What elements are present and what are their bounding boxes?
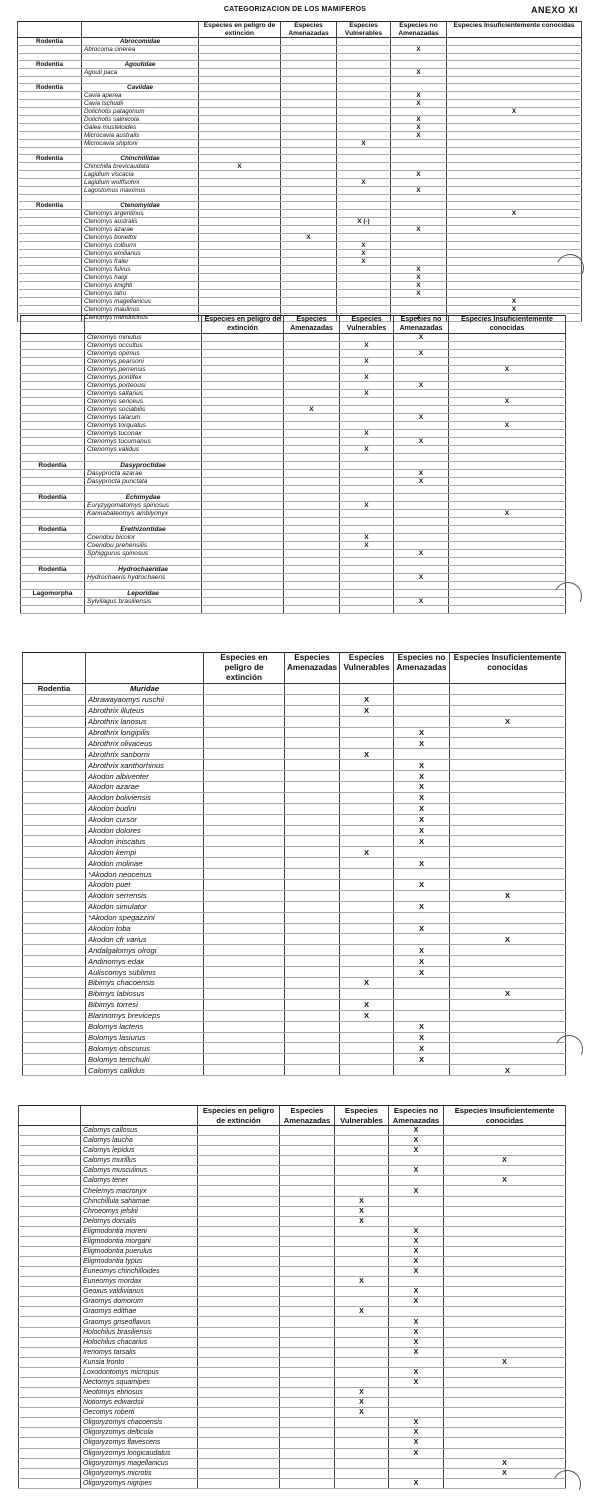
species-row: Kunsia frontoX (19, 1357, 566, 1367)
category-cell-vulnerables (337, 171, 391, 179)
category-cell-no-amenazadas (389, 1156, 444, 1166)
order-cell (23, 1054, 86, 1065)
category-cell-amenazadas (281, 266, 337, 274)
category-cell-amenazadas (281, 124, 337, 132)
species-row: Calomys lauchaX (19, 1136, 566, 1146)
species-row: Lagidium wolffsohniX (18, 179, 582, 187)
species-name: Chroeomys jelskii (81, 1206, 198, 1216)
species-name: Oligoryzomys microtis (81, 1468, 198, 1478)
species-row: Microcavia australisX (18, 132, 582, 140)
species-row: Akodon molinaeX (23, 858, 566, 869)
category-cell-insuficientes (444, 1226, 566, 1236)
category-cell-insuficientes: X (447, 108, 582, 116)
category-cell-peligro (198, 1478, 280, 1488)
order-cell (18, 306, 82, 314)
category-cell-amenazadas (280, 1367, 335, 1377)
category-cell-insuficientes (444, 1347, 566, 1357)
category-cell-vulnerables (337, 274, 391, 282)
category-cell-amenazadas (280, 1307, 335, 1317)
category-cell-no-amenazadas: X (394, 945, 450, 956)
species-row: Delomys dorsalisX (19, 1216, 566, 1226)
category-cell-peligro (202, 342, 284, 350)
category-cell-no-amenazadas (389, 1196, 444, 1206)
category-cell-peligro (202, 526, 284, 534)
species-row: Abrothrix illuteusX (23, 705, 566, 716)
spacer-row (21, 454, 566, 462)
category-cell-amenazadas (284, 398, 340, 406)
species-row: Calomys lepidusX (19, 1146, 566, 1156)
category-cell-insuficientes (444, 1337, 566, 1347)
category-cell-amenazadas (285, 1010, 340, 1021)
species-name: Ctenomys emilianus (82, 250, 199, 258)
category-cell-insuficientes (447, 54, 582, 61)
category-cell-amenazadas (284, 438, 340, 446)
category-cell-peligro (202, 598, 284, 606)
category-cell-no-amenazadas (391, 258, 447, 266)
category-cell-amenazadas (280, 1428, 335, 1438)
species-name: Abrothrix sanborni (86, 749, 204, 760)
category-cell-no-amenazadas (394, 526, 449, 534)
category-cell-peligro (199, 148, 281, 155)
spacer-row (21, 558, 566, 566)
category-cell-insuficientes (450, 803, 566, 814)
column-header (23, 653, 86, 684)
category-cell-peligro (198, 1206, 280, 1216)
species-row: Akodon simulatorX (23, 901, 566, 912)
species-row: Calomys tenerX (19, 1176, 566, 1186)
column-header (19, 1106, 81, 1126)
category-cell-no-amenazadas: X (394, 1032, 450, 1043)
category-cell-peligro (202, 374, 284, 382)
category-cell-peligro (198, 1418, 280, 1428)
category-cell-insuficientes (449, 566, 566, 574)
category-cell-vulnerables: X (335, 1398, 389, 1408)
order-cell (21, 374, 85, 382)
category-cell-vulnerables: X (340, 502, 394, 510)
spacer-row (21, 518, 566, 526)
category-table-2: Especies en peligro de extinciónEspecies… (20, 315, 566, 614)
category-cell-amenazadas (285, 760, 340, 771)
category-cell-insuficientes (447, 100, 582, 108)
category-cell-vulnerables: X (-) (337, 218, 391, 226)
species-name: Akodon albiventer (86, 771, 204, 782)
category-cell-amenazadas (280, 1337, 335, 1347)
category-cell-insuficientes (447, 226, 582, 234)
category-cell-amenazadas (280, 1418, 335, 1428)
category-cell-vulnerables (337, 298, 391, 306)
category-cell-insuficientes (449, 550, 566, 558)
species-name: Akodon simulator (86, 901, 204, 912)
order-cell (18, 171, 82, 179)
category-cell-insuficientes: X (447, 306, 582, 314)
species-name: Geoxus valdivianus (81, 1287, 198, 1297)
order-cell (19, 1186, 81, 1196)
category-cell-vulnerables (335, 1317, 389, 1327)
category-cell-no-amenazadas (391, 61, 447, 69)
category-cell-vulnerables (340, 890, 394, 901)
document-title: CATEGORIZACION DE LOS MAMIFEROS (0, 6, 590, 13)
species-row: Ctenomys opimusX (21, 350, 566, 358)
category-cell-insuficientes (447, 84, 582, 92)
category-cell-no-amenazadas (391, 242, 447, 250)
species-name: Calomys laucha (81, 1136, 198, 1146)
category-cell-peligro (204, 771, 285, 782)
category-cell-vulnerables: X (335, 1206, 389, 1216)
category-cell-amenazadas (280, 1216, 335, 1226)
category-cell-vulnerables (340, 858, 394, 869)
category-cell-vulnerables (337, 116, 391, 124)
category-cell-no-amenazadas: X (394, 574, 449, 582)
category-cell-amenazadas (284, 334, 340, 342)
category-cell-vulnerables (337, 108, 391, 116)
category-cell-amenazadas (281, 84, 337, 92)
category-cell-amenazadas (284, 414, 340, 422)
category-cell-peligro (204, 814, 285, 825)
species-name: Lagidium viscacia (82, 171, 199, 179)
category-cell-insuficientes (447, 148, 582, 155)
category-cell-insuficientes (447, 69, 582, 77)
species-name: Euneomys chinchilloides (81, 1267, 198, 1277)
species-row: Akodon cursorX (23, 814, 566, 825)
species-name: Lagidium wolffsohni (82, 179, 199, 187)
category-cell-amenazadas (285, 923, 340, 934)
category-cell-insuficientes (450, 771, 566, 782)
category-cell-vulnerables (335, 1448, 389, 1458)
category-cell-vulnerables (340, 366, 394, 374)
category-cell-no-amenazadas: X (389, 1226, 444, 1236)
order-cell (19, 1388, 81, 1398)
family-name: Dasyproctidae (85, 462, 202, 470)
category-cell-insuficientes (447, 38, 582, 46)
category-cell-insuficientes (449, 350, 566, 358)
order-cell (19, 1458, 81, 1468)
category-cell-vulnerables (337, 306, 391, 314)
category-cell-amenazadas (280, 1257, 335, 1267)
family-name: Abrocomidae (82, 38, 199, 46)
category-cell-insuficientes (444, 1277, 566, 1287)
category-cell-no-amenazadas (391, 155, 447, 163)
category-cell-amenazadas (280, 1176, 335, 1186)
category-table-4: Especies en peligro de extinciónEspecies… (18, 1105, 566, 1489)
category-cell-vulnerables (337, 234, 391, 242)
category-cell-insuficientes (449, 342, 566, 350)
species-name: Bibimys torresi (86, 999, 204, 1010)
category-cell-no-amenazadas: X (394, 1054, 450, 1065)
category-cell-amenazadas (281, 298, 337, 306)
category-cell-peligro (204, 999, 285, 1010)
category-cell-peligro (199, 187, 281, 195)
column-header: Especies no Amenazadas (391, 22, 447, 38)
category-cell-peligro (204, 738, 285, 749)
category-cell-amenazadas (285, 738, 340, 749)
category-cell-amenazadas (285, 1054, 340, 1065)
category-cell-amenazadas (284, 470, 340, 478)
species-name: Hydrochaeris hydrochaeris (85, 574, 202, 582)
category-cell-vulnerables (337, 54, 391, 61)
category-cell-amenazadas (284, 382, 340, 390)
category-cell-vulnerables: X (340, 694, 394, 705)
category-cell-amenazadas (285, 890, 340, 901)
order-cell: Rodentia (18, 155, 82, 163)
category-cell-no-amenazadas: X (394, 470, 449, 478)
species-name: Ctenomys knighti (82, 282, 199, 290)
order-cell (23, 956, 86, 967)
category-cell-no-amenazadas: X (391, 282, 447, 290)
species-row: Bibimys chacoensisX (23, 978, 566, 989)
category-cell-no-amenazadas: X (394, 814, 450, 825)
order-cell (18, 100, 82, 108)
species-row: Euneomys mordaxX (19, 1277, 566, 1287)
family-name: Agoutidae (82, 61, 199, 69)
category-cell-insuficientes (444, 1317, 566, 1327)
order-cell (21, 422, 85, 430)
order-cell (19, 1196, 81, 1206)
category-cell-vulnerables (337, 202, 391, 210)
category-cell-insuficientes (449, 542, 566, 550)
species-row: Notiomys edwardsiiX (19, 1398, 566, 1408)
category-cell-peligro (199, 77, 281, 84)
order-cell (18, 124, 82, 132)
species-name: Ctenomys tuconax (85, 430, 202, 438)
category-cell-insuficientes (444, 1428, 566, 1438)
category-cell-insuficientes (444, 1246, 566, 1256)
category-cell-peligro (202, 406, 284, 414)
species-row: Eligmodontia typusX (19, 1257, 566, 1267)
column-header (86, 653, 204, 684)
category-cell-insuficientes (450, 869, 566, 880)
order-cell (19, 1367, 81, 1377)
category-cell-no-amenazadas: X (391, 69, 447, 77)
species-name: Ctenomys colburni (82, 242, 199, 250)
species-row: Abrothrix xanthorhinusX (23, 760, 566, 771)
family-row: LagomorphaLeporidae (21, 590, 566, 598)
category-cell-insuficientes (449, 430, 566, 438)
category-cell-peligro (202, 478, 284, 486)
category-cell-insuficientes (449, 486, 566, 494)
category-cell-vulnerables (340, 470, 394, 478)
species-row: Auliscomys sublimisX (23, 967, 566, 978)
order-cell (23, 988, 86, 999)
species-row: Bibimys labiosusX (23, 988, 566, 999)
category-cell-insuficientes (449, 534, 566, 542)
category-cell-insuficientes (444, 1146, 566, 1156)
species-row: Akodon serrensisX (23, 890, 566, 901)
species-row: Abrothrix lanosusX (23, 716, 566, 727)
category-cell-insuficientes (447, 140, 582, 148)
species-name: Ctenomys occultus (85, 342, 202, 350)
category-cell-peligro (198, 1287, 280, 1297)
species-row: Oecomys robertiX (19, 1408, 566, 1418)
category-cell-no-amenazadas (391, 218, 447, 226)
category-cell-no-amenazadas: X (394, 382, 449, 390)
category-cell-amenazadas (280, 1246, 335, 1256)
species-row: Graomys griseoflavusX (19, 1317, 566, 1327)
order-cell (23, 782, 86, 793)
category-cell-no-amenazadas (394, 462, 449, 470)
species-name: Eligmodontia puerulus (81, 1246, 198, 1256)
category-cell-peligro (202, 334, 284, 342)
species-name: Andalgalomys olrogi (86, 945, 204, 956)
species-row: Calomys callidusX (23, 1065, 566, 1076)
column-header: Especies Vulnerables (340, 653, 394, 684)
category-cell-amenazadas (281, 195, 337, 202)
species-row: Galea musteloidesX (18, 124, 582, 132)
category-cell-vulnerables: X (335, 1388, 389, 1398)
category-cell-insuficientes: X (449, 366, 566, 374)
category-cell-vulnerables: X (340, 749, 394, 760)
order-cell (19, 1337, 81, 1347)
category-cell-peligro (198, 1388, 280, 1398)
category-cell-amenazadas (285, 880, 340, 891)
species-name: Ctenomys validus (85, 446, 202, 454)
category-cell-amenazadas (285, 978, 340, 989)
category-cell-peligro (198, 1317, 280, 1327)
species-name: Lagostomus maximus (82, 187, 199, 195)
category-cell-amenazadas (285, 694, 340, 705)
category-cell-peligro (204, 1054, 285, 1065)
category-cell-insuficientes (447, 171, 582, 179)
category-cell-amenazadas (281, 218, 337, 226)
family-name: Muridae (86, 684, 204, 695)
category-cell-insuficientes: X (449, 422, 566, 430)
category-cell-peligro (204, 1043, 285, 1054)
order-cell (19, 1277, 81, 1287)
category-cell-amenazadas (280, 1468, 335, 1478)
empty-cell (85, 558, 202, 566)
category-cell-vulnerables (340, 462, 394, 470)
header-row: Especies en peligro de extinciónEspecies… (23, 653, 566, 684)
species-row: Sphiggurus spinosusX (21, 550, 566, 558)
order-cell (21, 438, 85, 446)
category-cell-peligro (198, 1438, 280, 1448)
species-row: Ctenomys tuconaxX (21, 430, 566, 438)
category-cell-insuficientes: X (447, 210, 582, 218)
category-cell-peligro (204, 836, 285, 847)
category-cell-peligro (204, 978, 285, 989)
category-cell-insuficientes (447, 282, 582, 290)
category-cell-vulnerables (340, 550, 394, 558)
order-cell (19, 1246, 81, 1256)
category-cell-amenazadas (280, 1226, 335, 1236)
category-cell-peligro (198, 1267, 280, 1277)
species-row: Ctenomys colburniX (18, 242, 582, 250)
category-cell-insuficientes (447, 179, 582, 187)
category-cell-amenazadas (281, 92, 337, 100)
order-cell (19, 1307, 81, 1317)
category-cell-vulnerables: X (335, 1216, 389, 1226)
category-cell-no-amenazadas: X (391, 226, 447, 234)
species-row: Dolichotis patagonumX (18, 108, 582, 116)
category-cell-peligro (198, 1297, 280, 1307)
species-name: Ctenomys opimus (85, 350, 202, 358)
category-cell-no-amenazadas: X (394, 771, 450, 782)
category-cell-peligro (199, 61, 281, 69)
order-cell (19, 1327, 81, 1337)
species-name: Eligmodontia morgani (81, 1236, 198, 1246)
category-cell-peligro (199, 195, 281, 202)
species-name: Bolomys obscurus (86, 1043, 204, 1054)
family-name: Caviidae (82, 84, 199, 92)
category-cell-amenazadas (281, 250, 337, 258)
species-row: Oligoryzomys flavescensX (19, 1438, 566, 1448)
category-cell-vulnerables: X (335, 1408, 389, 1418)
species-row: Abrothrix longipilisX (23, 727, 566, 738)
column-header: Especies Amenazadas (280, 1106, 335, 1126)
category-cell-amenazadas (284, 350, 340, 358)
category-cell-vulnerables (340, 350, 394, 358)
category-cell-no-amenazadas: X (394, 727, 450, 738)
category-cell-vulnerables: X (340, 374, 394, 382)
category-cell-vulnerables (340, 956, 394, 967)
category-cell-no-amenazadas: X (391, 46, 447, 54)
species-row: Graomys edithaeX (19, 1307, 566, 1317)
category-cell-no-amenazadas (394, 510, 449, 518)
category-cell-insuficientes (450, 1021, 566, 1032)
category-cell-vulnerables (337, 195, 391, 202)
order-cell (19, 1206, 81, 1216)
order-cell (18, 69, 82, 77)
category-cell-insuficientes (444, 1448, 566, 1458)
category-cell-vulnerables (337, 100, 391, 108)
category-cell-vulnerables: X (340, 847, 394, 858)
species-name: Calomys musculinus (81, 1166, 198, 1176)
category-cell-amenazadas (284, 478, 340, 486)
category-cell-vulnerables (335, 1357, 389, 1367)
species-row: Abrothrix sanborniX (23, 749, 566, 760)
category-cell-peligro (202, 470, 284, 478)
category-cell-insuficientes (450, 1010, 566, 1021)
category-cell-no-amenazadas (391, 202, 447, 210)
empty-cell (82, 148, 199, 155)
category-cell-vulnerables: X (340, 534, 394, 542)
category-cell-insuficientes (449, 606, 566, 614)
species-row: Ctenomys bonettoiX (18, 234, 582, 242)
order-cell (19, 1176, 81, 1186)
category-cell-peligro (198, 1126, 280, 1136)
category-cell-amenazadas (285, 705, 340, 716)
category-cell-no-amenazadas: X (389, 1428, 444, 1438)
category-cell-no-amenazadas: X (389, 1297, 444, 1307)
order-cell (23, 727, 86, 738)
order-cell (18, 148, 82, 155)
order-cell (19, 1438, 81, 1448)
species-name: Holochilus chacarius (81, 1337, 198, 1347)
category-cell-no-amenazadas (394, 398, 449, 406)
category-cell-peligro (199, 202, 281, 210)
category-cell-amenazadas (280, 1156, 335, 1166)
order-cell (21, 334, 85, 342)
category-cell-vulnerables (340, 454, 394, 462)
species-name: Dasyprocta punctata (85, 478, 202, 486)
category-cell-peligro (198, 1186, 280, 1196)
category-cell-amenazadas (280, 1126, 335, 1136)
species-row: Lagostomus maximusX (18, 187, 582, 195)
species-row: Abrothrix olivaceusX (23, 738, 566, 749)
category-cell-vulnerables (340, 880, 394, 891)
category-cell-vulnerables (337, 290, 391, 298)
category-cell-insuficientes (444, 1126, 566, 1136)
category-cell-no-amenazadas (389, 1408, 444, 1418)
category-cell-insuficientes (447, 155, 582, 163)
order-cell (19, 1236, 81, 1246)
species-row: *Akodon neocenus (23, 869, 566, 880)
category-cell-peligro (202, 358, 284, 366)
species-name: Holochilus brasiliensis (81, 1327, 198, 1337)
order-cell: Rodentia (18, 38, 82, 46)
species-name: Ctenomys pontifex (85, 374, 202, 382)
order-cell (18, 140, 82, 148)
category-cell-no-amenazadas: X (394, 1021, 450, 1032)
